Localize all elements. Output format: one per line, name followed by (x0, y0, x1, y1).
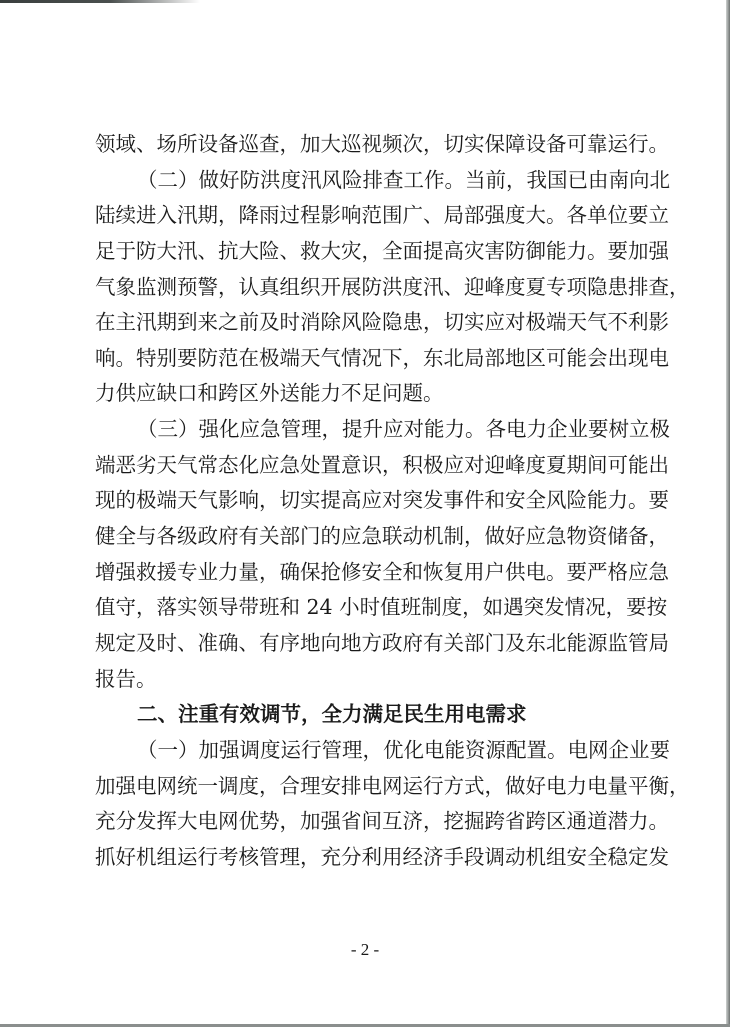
paragraph-line: 端恶劣天气常态化应急处置意识，积极应对迎峰度夏期间可能出 (95, 448, 635, 484)
paragraph-line: 规定及时、准确、有序地向地方政府有关部门及东北能源监管局 (95, 626, 635, 662)
paragraph-line: 现的极端天气影响，切实提高应对突发事件和安全风险能力。要 (95, 483, 635, 519)
subsection-heading-line: （三）强化应急管理，提升应对能力。各电力企业要树立极 (95, 412, 635, 448)
paragraph-line: 充分发挥大电网优势，加强省间互济，挖掘跨省跨区通道潜力。 (95, 804, 635, 840)
paragraph-line: 力供应缺口和跨区外送能力不足问题。 (95, 376, 635, 412)
subsection-heading-line: （一）加强调度运行管理，优化电能资源配置。电网企业要 (95, 733, 635, 769)
paragraph-line: 领域、场所设备巡查，加大巡视频次，切实保障设备可靠运行。 (95, 127, 635, 163)
paragraph-line: 抓好机组运行考核管理，充分利用经济手段调动机组安全稳定发 (95, 840, 635, 876)
paragraph-line: 健全与各级政府有关部门的应急联动机制，做好应急物资储备， (95, 519, 635, 555)
page-number: - 2 - (0, 940, 730, 960)
paragraph-line: 响。特别要防范在极端天气情况下，东北局部地区可能会出现电 (95, 341, 635, 377)
paragraph-line: 加强电网统一调度，合理安排电网运行方式，做好电力电量平衡， (95, 769, 635, 805)
paragraph-line: 增强救援专业力量，确保抢修安全和恢复用户供电。要严格应急 (95, 555, 635, 591)
scan-edge-right (726, 0, 730, 1027)
document-body: 领域、场所设备巡查，加大巡视频次，切实保障设备可靠运行。 （二）做好防洪度汛风险… (95, 127, 635, 875)
paragraph-line: 值守，落实领导带班和 24 小时值班制度，如遇突发情况，要按 (95, 590, 635, 626)
paragraph-line: 在主汛期到来之前及时消除风险隐患，切实应对极端天气不利影 (95, 305, 635, 341)
scan-edge-top (0, 0, 200, 3)
paragraph-line: 足于防大汛、抗大险、救大灾，全面提高灾害防御能力。要加强 (95, 234, 635, 270)
subsection-heading-line: （二）做好防洪度汛风险排查工作。当前，我国已由南向北 (95, 163, 635, 199)
section-heading: 二、注重有效调节，全力满足民生用电需求 (95, 697, 635, 733)
paragraph-line: 气象监测预警，认真组织开展防洪度汛、迎峰度夏专项隐患排查， (95, 270, 635, 306)
paragraph-line: 陆续进入汛期，降雨过程影响范围广、局部强度大。各单位要立 (95, 198, 635, 234)
paragraph-line: 报告。 (95, 662, 635, 698)
